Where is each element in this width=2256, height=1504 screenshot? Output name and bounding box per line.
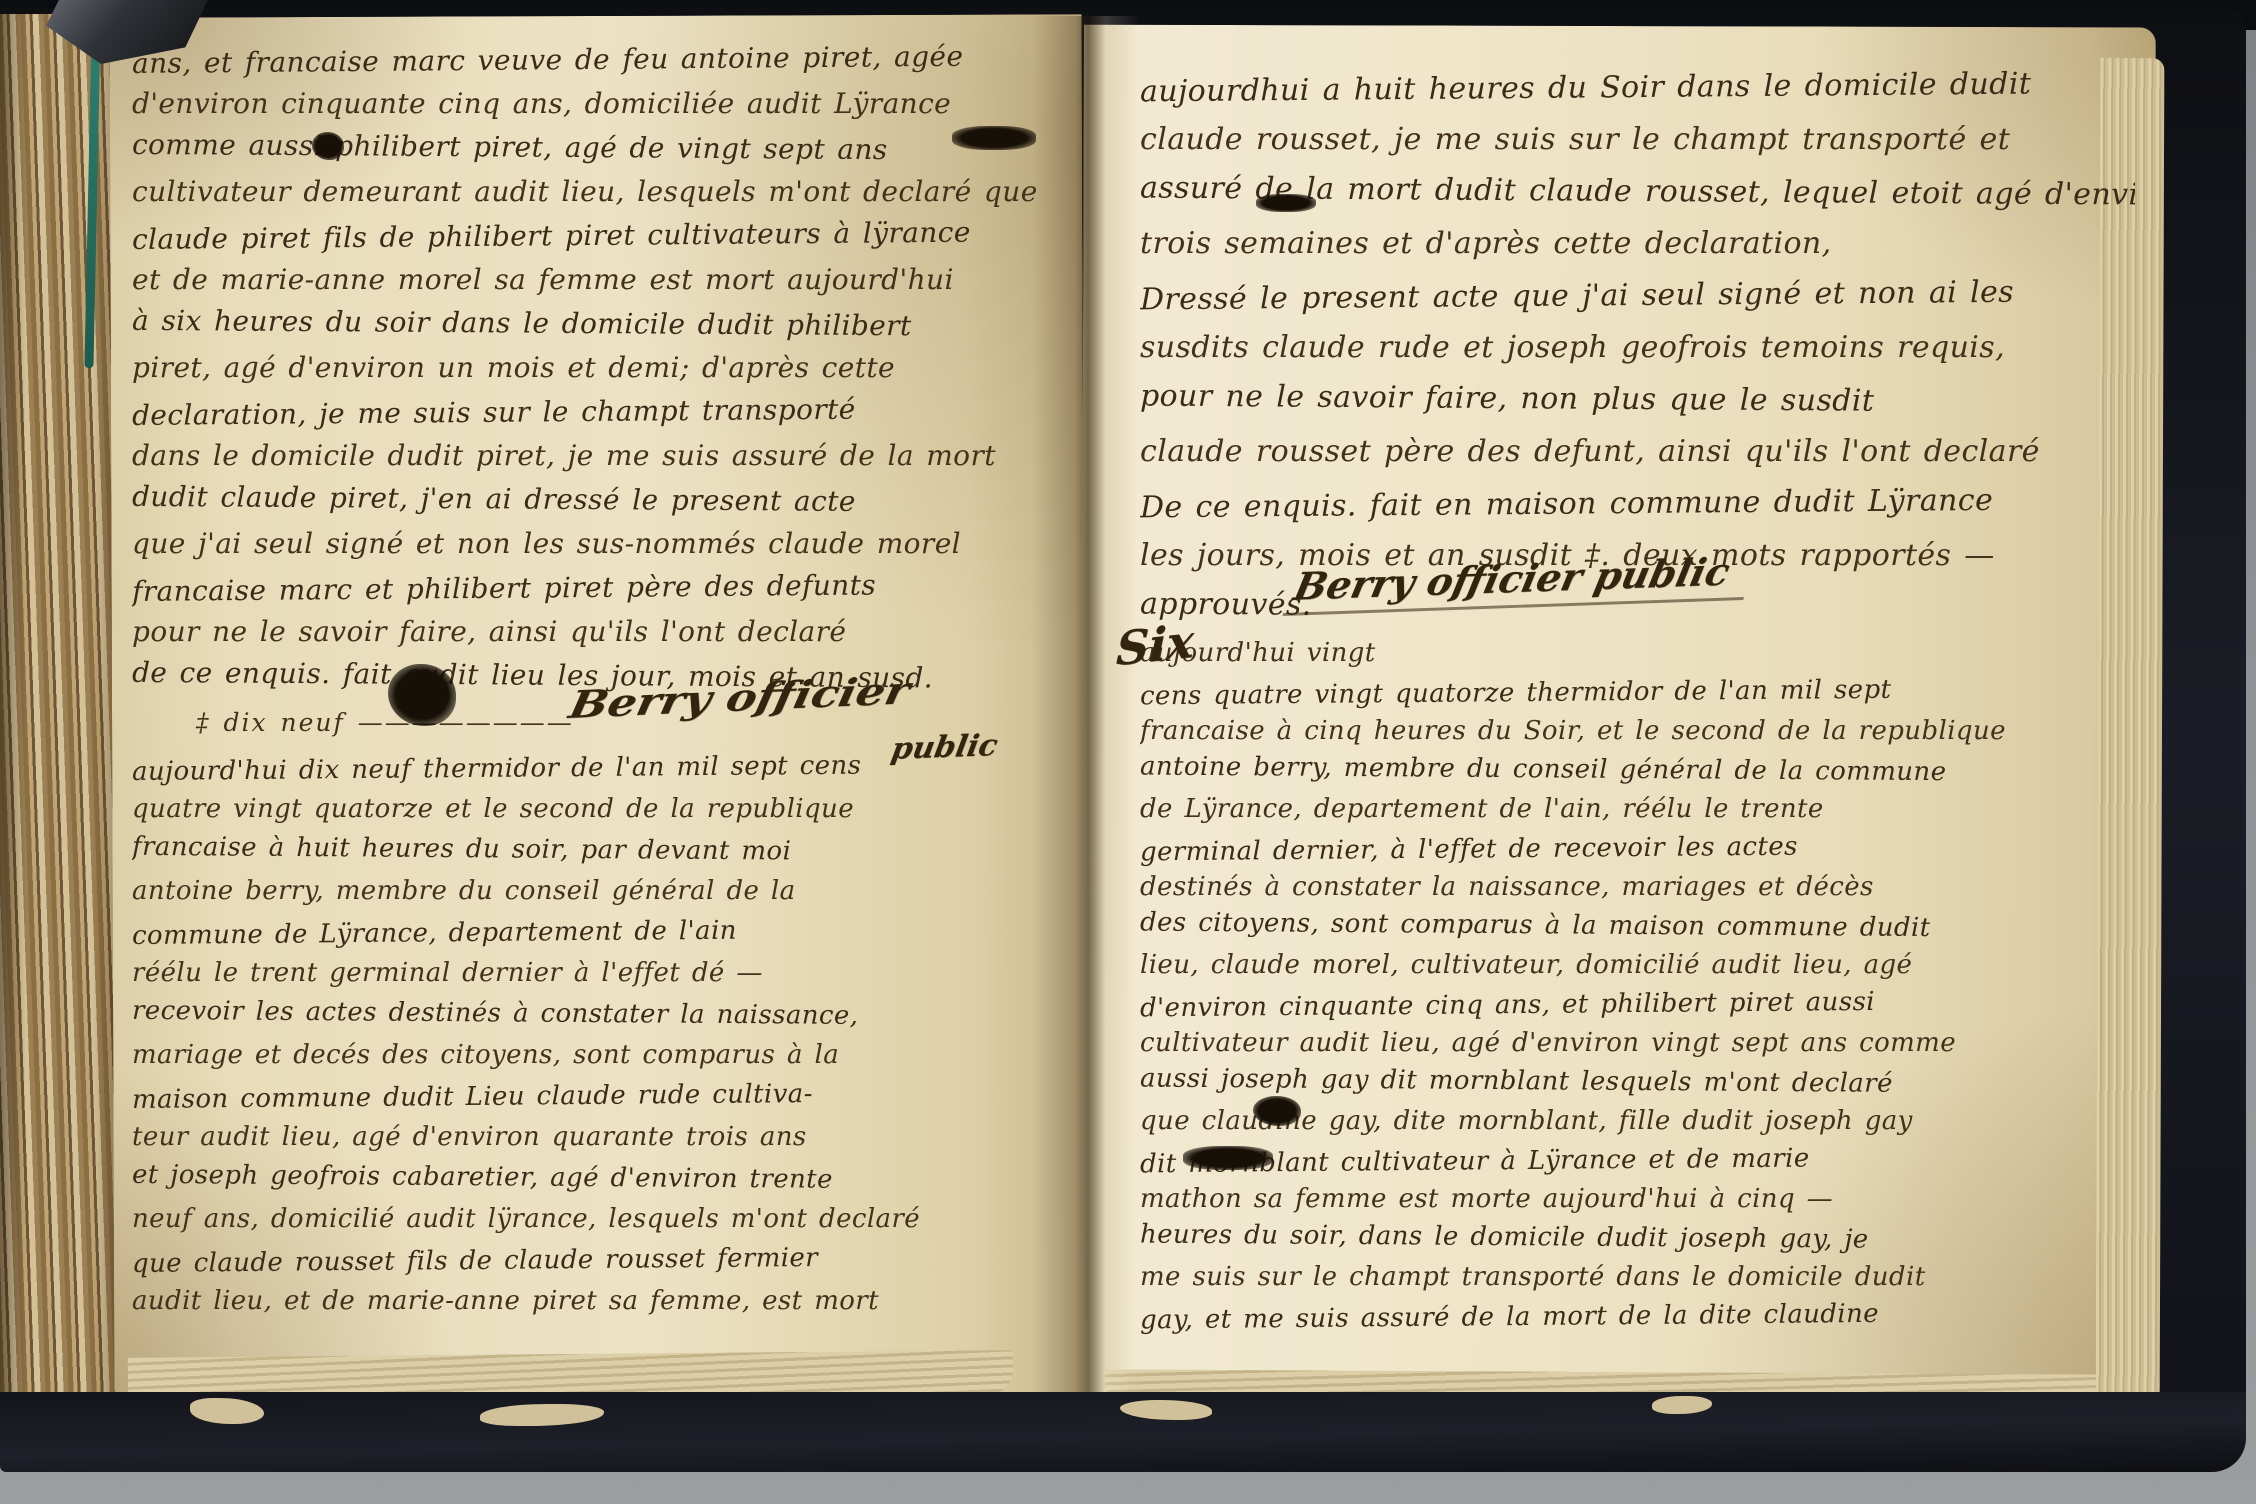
right-page-text: aujourdhui a huit heures du Soir dans le… <box>1140 62 2135 1392</box>
manuscript-line: mariage et decés des citoyens, sont comp… <box>132 1035 1040 1076</box>
inserted-word-six: Six <box>1115 614 1195 677</box>
manuscript-line: piret, agé d'environ un mois et demi; d'… <box>132 346 1040 390</box>
manuscript-line: d'environ cinquante cinq ans, et philibe… <box>1140 981 2135 1029</box>
manuscript-line: pour ne le savoir faire, non plus que le… <box>1140 371 2135 430</box>
frayed-binding-edge <box>0 14 118 1404</box>
manuscript-line: claude piret fils de philibert piret cul… <box>132 210 1040 262</box>
ink-strikethrough <box>952 126 1036 150</box>
manuscript-line: et de marie-anne morel sa femme est mort… <box>132 258 1040 302</box>
ink-blot <box>1253 1096 1301 1126</box>
manuscript-line: antoine berry, membre du conseil général… <box>132 871 1040 912</box>
manuscript-line: des citoyens, sont comparus à la maison … <box>1140 904 2135 950</box>
manuscript-line: francaise marc et philibert piret père d… <box>132 562 1040 614</box>
manuscript-line: aujourd'hui vingt <box>1140 634 2135 673</box>
manuscript-line: recevoir les actes destinés à constater … <box>132 991 1040 1038</box>
manuscript-line: maison commune dudit Lieu claude rude cu… <box>132 1072 1040 1121</box>
manuscript-line: neuf ans, domicilié audit lÿrance, lesqu… <box>132 1199 1040 1240</box>
manuscript-line: mathon sa femme est morte aujourd'hui à … <box>1140 1180 2135 1219</box>
ink-blot <box>388 664 456 726</box>
manuscript-line: réélu le trent germinal dernier à l'effe… <box>132 953 1040 994</box>
manuscript-line: que claude rousset fils de claude rousse… <box>132 1236 1040 1285</box>
photo-of-open-register: ans, et francaise marc veuve de feu anto… <box>0 0 2256 1504</box>
manuscript-line: antoine berry, membre du conseil général… <box>1140 748 2135 794</box>
gutter-shadow <box>1032 16 1140 1412</box>
manuscript-line: pour ne le savoir faire, ainsi qu'ils l'… <box>132 610 1040 654</box>
ink-strikethrough <box>1183 1146 1273 1170</box>
manuscript-line: que j'ai seul signé et non les sus-nommé… <box>132 522 1040 566</box>
manuscript-line: me suis sur le champt transporté dans le… <box>1140 1258 2135 1297</box>
manuscript-line: Dressé le present acte que j'ai seul sig… <box>1140 266 2135 327</box>
manuscript-line: De ce enquis. fait en maison commune dud… <box>1140 474 2135 535</box>
ink-strikethrough <box>1256 194 1316 212</box>
manuscript-line: trois semaines et d'après cette declarat… <box>1140 218 2135 270</box>
manuscript-line: d'environ cinquante cinq ans, domiciliée… <box>132 82 1040 126</box>
manuscript-line: et joseph geofrois cabaretier, agé d'env… <box>132 1155 1040 1202</box>
manuscript-line: aujourdhui a huit heures du Soir dans le… <box>1140 62 2135 118</box>
manuscript-line: teur audit lieu, agé d'environ quarante … <box>132 1117 1040 1158</box>
manuscript-line: dit mornblant cultivateur à Lÿrance et d… <box>1140 1137 2135 1185</box>
manuscript-line: ans, et francaise marc veuve de feu anto… <box>132 38 1040 86</box>
manuscript-line: assuré de la mort dudit claude rousset, … <box>1140 163 2135 222</box>
manuscript-line: dans le domicile dudit piret, je me suis… <box>132 434 1040 478</box>
manuscript-line: germinal dernier, à l'effet de recevoir … <box>1140 825 2135 873</box>
manuscript-line: heures du soir, dans le domicile dudit j… <box>1140 1216 2135 1262</box>
manuscript-line: comme aussi philibert piret, agé de ving… <box>132 123 1040 173</box>
manuscript-line: à six heures du soir dans le domicile du… <box>132 299 1040 349</box>
manuscript-line: lieu, claude morel, cultivateur, domicil… <box>1140 946 2135 985</box>
manuscript-line: audit lieu, et de marie-anne piret sa fe… <box>132 1281 1040 1322</box>
manuscript-line: claude rousset père des defunt, ainsi qu… <box>1140 426 2135 478</box>
manuscript-line: commune de Lÿrance, departement de l'ain <box>132 908 1040 957</box>
manuscript-line: francaise à cinq heures du Soir, et le s… <box>1140 712 2135 751</box>
manuscript-line: cultivateur demeurant audit lieu, lesque… <box>132 170 1040 214</box>
manuscript-line: destinés à constater la naissance, maria… <box>1140 868 2135 907</box>
manuscript-line: declaration, je me suis sur le champt tr… <box>132 386 1040 438</box>
ink-blot <box>312 132 344 160</box>
manuscript-line: gay, et me suis assuré de la mort de la … <box>1140 1293 2135 1341</box>
manuscript-line: cultivateur audit lieu, agé d'environ vi… <box>1140 1024 2135 1063</box>
manuscript-line: dudit claude piret, j'en ai dressé le pr… <box>132 475 1040 525</box>
manuscript-line: de Lÿrance, departement de l'ain, réélu … <box>1140 790 2135 829</box>
manuscript-line: susdits claude rude et joseph geofrois t… <box>1140 322 2135 374</box>
manuscript-line: quatre vingt quatorze et le second de la… <box>132 789 1040 830</box>
manuscript-line: francaise à huit heures du soir, par dev… <box>132 827 1040 874</box>
left-page-signature-word: public <box>889 728 1001 767</box>
manuscript-line: cens quatre vingt quatorze thermidor de … <box>1140 669 2135 717</box>
manuscript-line: claude rousset, je me suis sur le champt… <box>1140 114 2135 166</box>
